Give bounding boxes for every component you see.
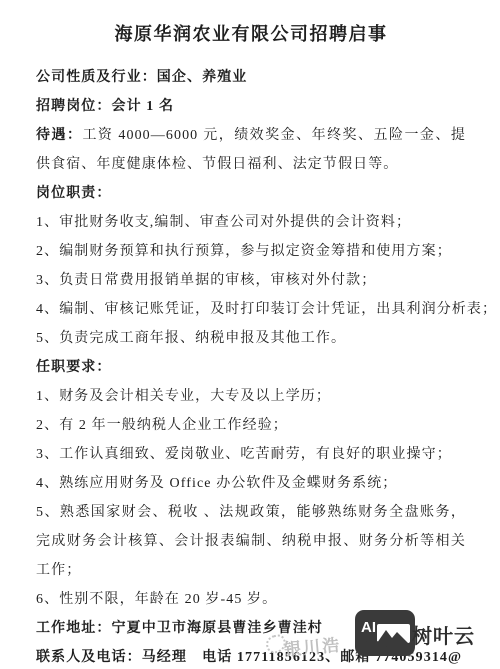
salary-line: 待遇：工资 4000—6000 元，绩效奖金、年终奖、五险一金、提供食宿、年度健… [36,121,466,179]
page-title: 海原华润农业有限公司招聘启事 [36,20,466,46]
watermark-brand-text: 树叶云 [412,620,475,649]
requirement-item-3: 3、工作认真细致、爱岗敬业、吃苦耐劳，有良好的职业操守； [36,440,466,469]
company-industry-line: 公司性质及行业：国企、养殖业 [36,63,466,92]
watermark-faint-text: 银川浩 [283,631,342,661]
duty-item-5: 5、负责完成工商年报、纳税申报及其他工作。 [36,324,466,353]
requirement-item-4: 4、熟练应用财务及 Office 办公软件及金蝶财务系统； [36,469,466,498]
requirement-item-2: 2、有 2 年一般纳税人企业工作经验； [36,411,466,440]
watermark: 银川浩 AI 树叶云 [270,607,500,669]
duty-item-2: 2、编制财务预算和执行预算，参与拟定资金筹措和使用方案； [36,237,466,266]
salary-text: 工资 4000—6000 元，绩效奖金、年终奖、五险一金、提供食宿、年度健康体检… [36,128,466,172]
duty-item-1: 1、审批财务收支,编制、审查公司对外提供的会计资料； [36,208,466,237]
requirements-header: 任职要求： [36,353,466,382]
duty-item-3: 3、负责日常费用报销单据的审核，审核对外付款； [36,266,466,295]
svg-text:AI: AI [361,619,376,636]
duties-header: 岗位职责： [36,179,466,208]
position-line: 招聘岗位：会计 1 名 [36,92,466,121]
requirement-item-5: 5、熟悉国家财会、税收 、法规政策，能够熟练财务全盘账务，完成财务会计核算、会计… [36,498,466,585]
duty-item-4: 4、编制、审核记账凭证，及时打印装订会计凭证，出具利润分析表； [36,295,466,324]
salary-label: 待遇： [36,128,82,143]
ai-image-icon: AI [354,609,416,662]
requirement-item-1: 1、财务及会计相关专业，大专及以上学历； [36,382,466,411]
recruitment-notice: 海原华润农业有限公司招聘启事 公司性质及行业：国企、养殖业 招聘岗位：会计 1 … [0,0,500,669]
